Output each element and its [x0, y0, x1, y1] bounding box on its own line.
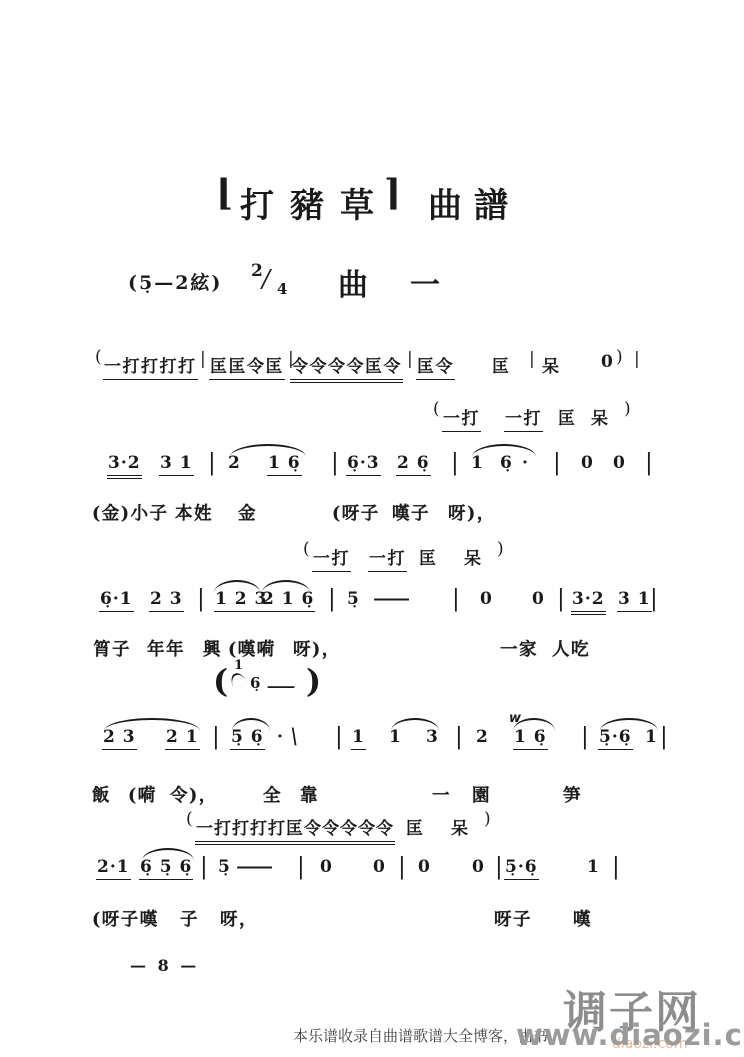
- lyrics-line-2: 筲子 年年 興 (嘆嗬 呀)， 一家 人吃: [0, 636, 744, 682]
- percussion-token: 令令令令匡令: [291, 352, 402, 377]
- lyric-word: 嘆: [573, 906, 592, 931]
- barline: |: [660, 724, 668, 750]
- note-token: 1 6̣: [268, 453, 301, 473]
- barline: |: [208, 450, 216, 476]
- note-token: 1: [471, 453, 484, 473]
- barline: |: [407, 349, 414, 369]
- lyric-word: 年年: [147, 636, 185, 661]
- lyric-word: 一: [432, 782, 451, 807]
- melody-line-1: 3·2 3 1 | 2 1 6̣ | 6̣·3 2 6̣ | 1 6̣ · | …: [0, 453, 744, 499]
- note-token: 6̣·1: [100, 589, 133, 609]
- paren-open: (: [186, 809, 194, 829]
- note-token: 3 1: [160, 453, 193, 473]
- percussion-line-3: ( 一打 一打 匡 呆 ): [0, 544, 744, 590]
- rest-token: 0: [613, 453, 626, 473]
- note-token: 5̣ 6̣: [231, 727, 264, 747]
- song-number-label: 曲: [338, 260, 368, 304]
- paren-open: (: [433, 399, 441, 419]
- note-token: 5̣·6̣: [599, 727, 632, 747]
- lyric-word: 人吃: [552, 636, 590, 661]
- watermark-site-url: www.diaozi.com: [516, 1018, 744, 1052]
- lyric-word: 嘆子: [392, 500, 430, 525]
- note-token: 3: [426, 727, 439, 747]
- song-number-value: 一: [410, 260, 440, 304]
- held-note-dash: —: [235, 857, 276, 877]
- note-token: 2 3: [103, 727, 136, 747]
- rest-token: 0: [472, 857, 485, 877]
- barline: |: [331, 450, 339, 476]
- lyric-word: 子: [180, 906, 199, 931]
- note-token: 5̣: [347, 589, 360, 609]
- barline: |: [200, 349, 207, 369]
- held-note-dash: —: [372, 589, 413, 609]
- percussion-token: 一打打打打匡令令令令令: [196, 814, 394, 839]
- note-token: 2 1: [166, 727, 199, 747]
- footer-credit: 本乐谱收录自曲谱歌谱大全博客，由书: [293, 1025, 548, 1046]
- barline: |: [455, 724, 463, 750]
- lyric-word: 金: [238, 500, 257, 525]
- barline: |: [398, 854, 406, 880]
- lyric-word: 呀，: [220, 906, 258, 931]
- barline: |: [645, 450, 653, 476]
- note-token: 1: [352, 727, 365, 747]
- lyric-word: 興: [203, 636, 222, 661]
- rest-token: 0: [581, 453, 594, 473]
- barline: |: [200, 854, 208, 880]
- lyric-word: 靠: [300, 782, 319, 807]
- paren-close: ): [497, 539, 505, 559]
- percussion-token: 一打: [369, 544, 406, 569]
- note-token: 2: [228, 453, 241, 473]
- lyric-word: (呀子嘆: [92, 906, 159, 931]
- score-title-suffix: 曲譜: [428, 178, 520, 227]
- lyric-word: 園: [472, 782, 491, 807]
- lyric-word: 筲子: [93, 636, 131, 661]
- percussion-token: 呆: [451, 814, 470, 839]
- melody-line-2: 6̣·1 2 3 | 1 2 3 2 1 6̣ | 5̣ — | 0 0 | 3…: [0, 589, 744, 635]
- paren-open: (: [95, 347, 103, 367]
- mordent-mark: w: [509, 711, 520, 726]
- note-token: 2 1 6̣: [262, 589, 314, 609]
- lyric-word: 全: [263, 782, 282, 807]
- percussion-token: 匡令: [417, 352, 454, 377]
- lyric-word: 呀子: [494, 906, 532, 931]
- lyric-word: 呀)，: [448, 500, 496, 525]
- lyric-word: 一家: [500, 636, 538, 661]
- note-token: 3 1: [618, 589, 651, 609]
- percussion-token: 一打: [313, 544, 350, 569]
- percussion-token: 一打打打打: [104, 352, 197, 377]
- rest-token: 0: [532, 589, 545, 609]
- grace-figure: ( 1 6̣ — ): [213, 660, 333, 712]
- lyric-word: (金)小子: [92, 500, 169, 525]
- barline: |: [335, 724, 343, 750]
- percussion-token: 匡: [558, 404, 577, 429]
- paren-close: ): [484, 809, 492, 829]
- note-token: 5̣·6̣: [505, 857, 538, 877]
- note-token: 1 6̣: [514, 727, 547, 747]
- percussion-token: 0: [601, 352, 614, 372]
- held-note-dash: —: [266, 677, 296, 695]
- note-token: 6̣ 5̣ 6̣: [140, 857, 192, 877]
- percussion-token: 匡匡令匡: [210, 352, 284, 377]
- barline: |: [451, 450, 459, 476]
- rest-token: 0: [418, 857, 431, 877]
- percussion-line-2: ( 一打 一打 匡 呆 ): [0, 404, 744, 450]
- percussion-token: 一打: [505, 404, 542, 429]
- note-token: 2 6̣: [397, 453, 430, 473]
- slide-down-mark: \: [290, 724, 299, 750]
- lyric-word: 呀)，: [293, 636, 341, 661]
- melody-line-4: 2·1 6̣ 5̣ 6̣ | 5̣ — | 0 0 | 0 0 | 5̣·6̣ …: [0, 857, 744, 903]
- barline: |: [650, 586, 658, 612]
- grace-note: 1: [234, 658, 243, 673]
- sheet-music-page: ⌊ 打豬草 ⌉ 曲譜 (5̣—2絃) 2 / 4 曲 一 ( 一打打打打 | 匡…: [0, 0, 744, 1057]
- percussion-line-1: ( 一打打打打 | 匡匡令匡 | 令令令令匡令 | 匡令 匡 | 呆 0 ) |: [0, 352, 744, 398]
- lyric-word: 本姓: [175, 500, 213, 525]
- lyric-word: 令)，: [170, 782, 218, 807]
- percussion-token: 匡: [492, 352, 511, 377]
- percussion-token: 呆: [464, 544, 483, 569]
- percussion-token: 匡: [406, 814, 425, 839]
- time-signature-slash: /: [262, 265, 270, 293]
- note-token: 6̣: [500, 453, 513, 473]
- lyric-word: 笋: [563, 782, 582, 807]
- barline: |: [197, 586, 205, 612]
- corner-bracket-open: ⌊: [216, 172, 233, 214]
- note-token: 1: [645, 727, 658, 747]
- augmentation-dot: ·: [277, 727, 284, 747]
- paren-open: (: [303, 539, 311, 559]
- note-token: 2: [476, 727, 489, 747]
- page-number: — 8 —: [130, 956, 199, 975]
- barline: |: [495, 854, 503, 880]
- rest-token: 0: [373, 857, 386, 877]
- note-token: 3·2: [108, 453, 141, 473]
- lyrics-line-4: (呀子嘆 子 呀， 呀子 嘆: [0, 906, 744, 952]
- barline: |: [581, 724, 589, 750]
- barline: |: [452, 586, 460, 612]
- augmentation-dot: ·: [522, 453, 529, 473]
- paren-close: ): [306, 662, 321, 700]
- lyric-word: (嗬: [128, 782, 157, 807]
- melody-line-3: w 2 3 2 1 | 5̣ 6̣ · \ | 1 1 3 | 2 1 6̣ |…: [0, 727, 744, 773]
- rest-token: 0: [480, 589, 493, 609]
- lyrics-line-1: (金)小子 本姓 金 (呀子 嘆子 呀)，: [0, 500, 744, 546]
- barline: |: [328, 586, 336, 612]
- percussion-token: 呆: [591, 404, 610, 429]
- note-token: 2·1: [97, 857, 130, 877]
- grace-slur: [228, 670, 247, 689]
- note-token: 3·2: [572, 589, 605, 609]
- barline: |: [557, 586, 565, 612]
- note-token: 6̣·3: [347, 453, 380, 473]
- percussion-token: 匡: [419, 544, 438, 569]
- barline: |: [634, 349, 641, 369]
- score-title-name: 打豬草: [240, 178, 390, 227]
- paren-open: (: [213, 662, 228, 700]
- note-token: 1 2 3: [215, 589, 267, 609]
- barline: |: [529, 349, 536, 369]
- lyric-word: (呀子: [332, 500, 380, 525]
- note-token: 6̣: [250, 674, 260, 692]
- note-token: 5̣: [218, 857, 231, 877]
- note-token: 2 3: [150, 589, 183, 609]
- lyric-word: 飯: [92, 782, 111, 807]
- percussion-token: 呆: [542, 352, 561, 377]
- barline: |: [212, 724, 220, 750]
- note-token: 1: [389, 727, 402, 747]
- corner-bracket-close: ⌉: [384, 172, 401, 214]
- rest-token: 0: [320, 857, 333, 877]
- time-signature-denominator: 4: [277, 280, 287, 298]
- tuning-indicator: (5̣—2絃): [128, 268, 222, 295]
- paren-close: ): [616, 347, 624, 367]
- barline: |: [612, 854, 620, 880]
- paren-close: ): [624, 399, 632, 419]
- note-token: 1: [587, 857, 600, 877]
- percussion-token: 一打: [443, 404, 480, 429]
- barline: |: [297, 854, 305, 880]
- percussion-line-4: ( 一打打打打匡令令令令令 匡 呆 ): [0, 814, 744, 860]
- barline: |: [553, 450, 561, 476]
